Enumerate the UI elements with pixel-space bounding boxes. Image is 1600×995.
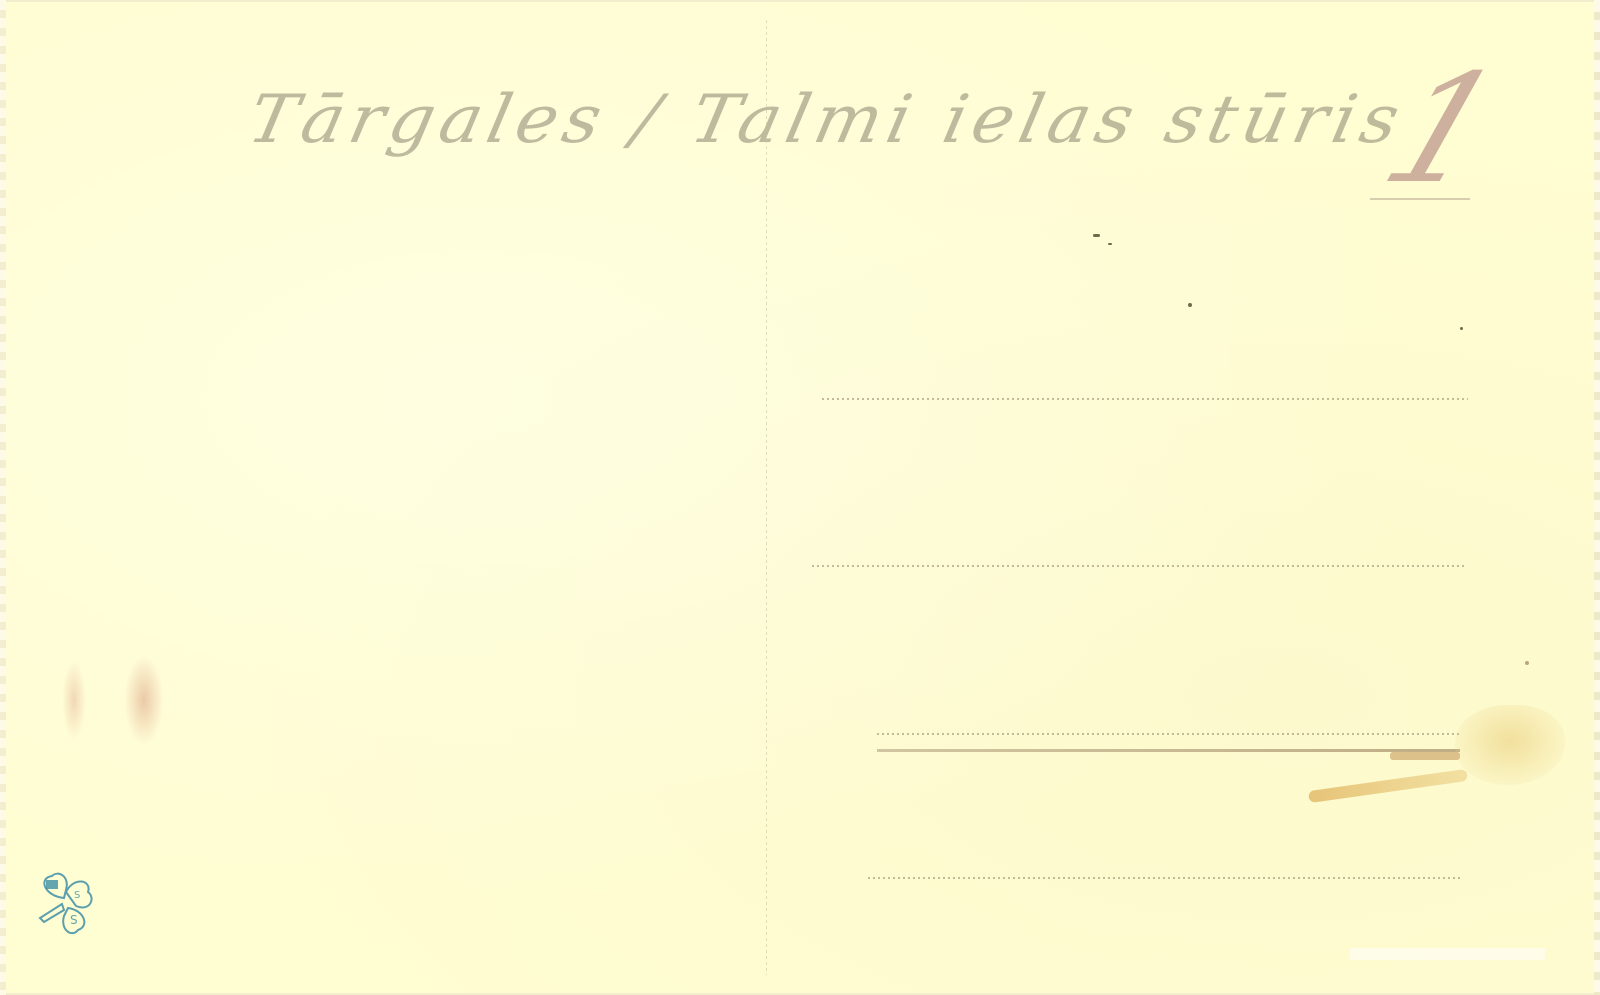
center-divider-line xyxy=(766,20,767,975)
ink-speck xyxy=(1460,327,1463,330)
address-line-1 xyxy=(822,398,1468,400)
address-line-3 xyxy=(877,733,1460,735)
deckled-edge-right xyxy=(1594,0,1600,995)
svg-text:S: S xyxy=(74,890,80,901)
address-line-2 xyxy=(812,565,1465,567)
number-underline xyxy=(1370,198,1470,200)
address-line-3-underline xyxy=(877,749,1460,752)
postcard-back: Tārgales / Talmi ielas stūris 1 S S xyxy=(0,0,1600,995)
pink-stain-left xyxy=(62,660,86,740)
stain-drip xyxy=(1308,769,1468,803)
handwritten-caption: Tārgales / Talmi ielas stūris xyxy=(250,48,1490,208)
pink-stain-right xyxy=(124,655,164,745)
ink-speck xyxy=(1525,661,1529,665)
address-line-4 xyxy=(868,877,1460,879)
stain-streak xyxy=(1390,752,1460,760)
ink-speck xyxy=(1188,303,1192,307)
ink-speck xyxy=(1093,234,1100,237)
ink-speck xyxy=(1108,243,1112,245)
caption-text: Tārgales / Talmi ielas stūris xyxy=(242,80,1412,158)
deckled-edge-left xyxy=(0,0,6,995)
faded-watermark xyxy=(1350,948,1545,960)
shamrock-logo-icon: S S xyxy=(34,868,100,940)
water-stain xyxy=(1455,705,1565,785)
svg-text:S: S xyxy=(70,913,78,927)
